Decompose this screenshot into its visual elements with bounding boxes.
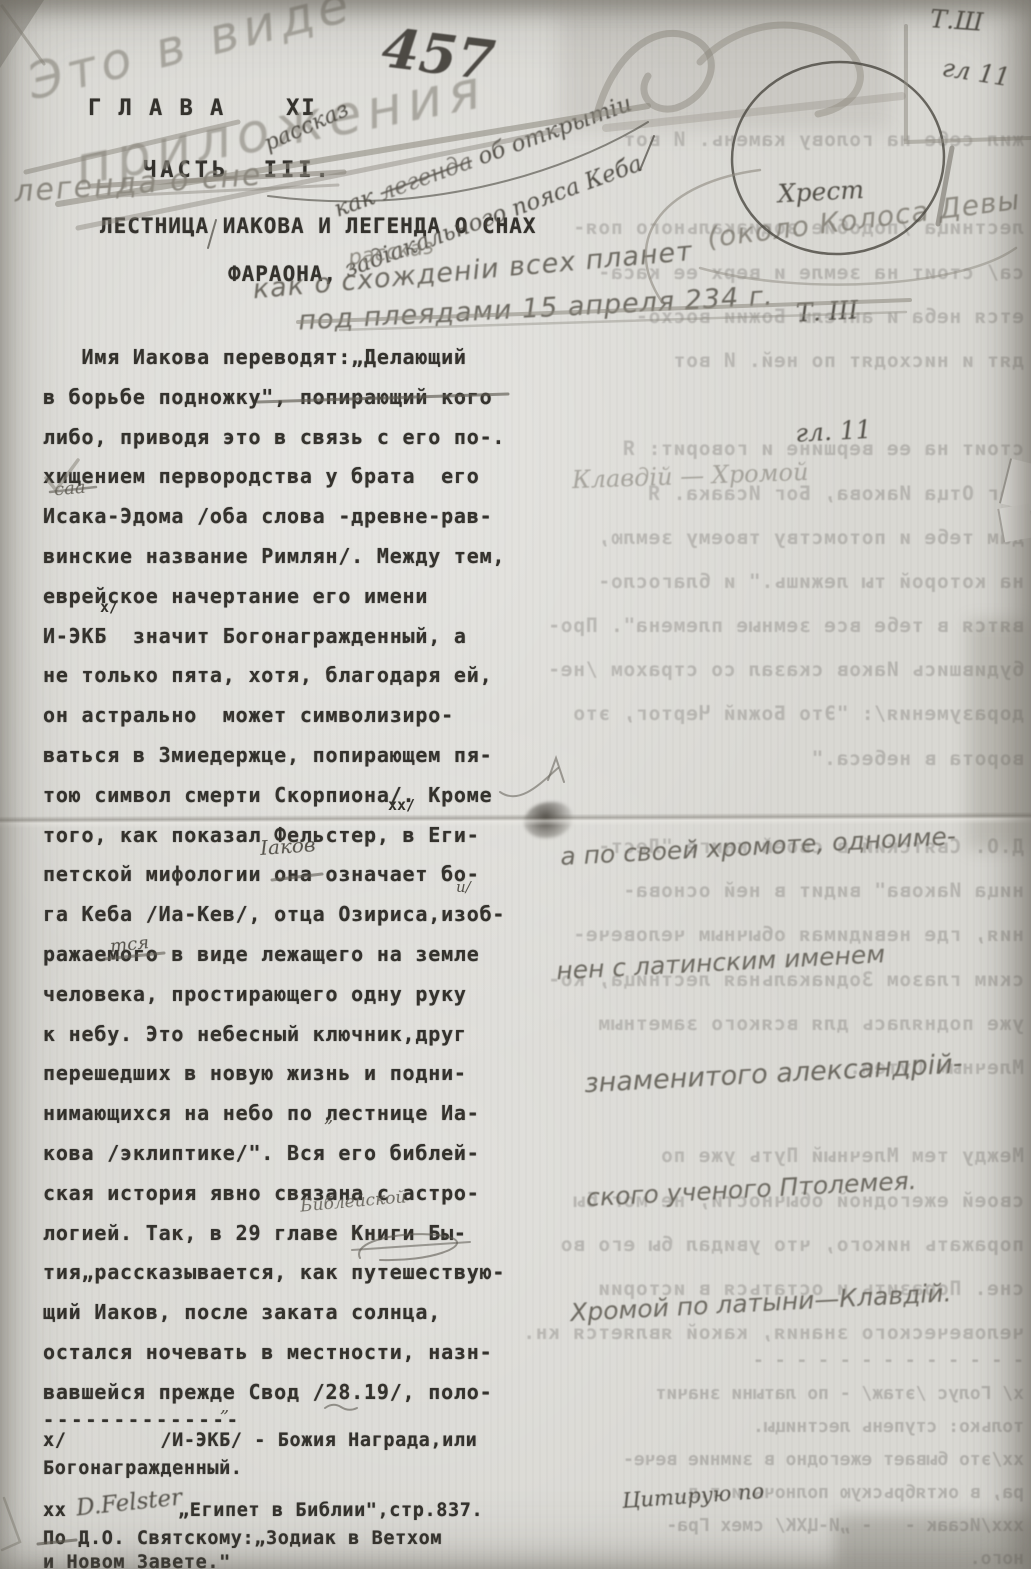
typed-line: ская история явно связана с астро- [43, 1174, 543, 1214]
footnote-1b: Богонагражденный. [43, 1458, 243, 1479]
interlinear-quote2: „ [220, 1396, 229, 1417]
corner-reference-volume: Т.Ш [929, 4, 984, 37]
typed-line: вавшейся прежде Свод /28.19/, поло- [43, 1373, 543, 1413]
typed-line: остался ночевать в местности, назн- [43, 1333, 543, 1373]
bleedthrough-line: на которой ты лежишь." и благосло- [492, 560, 1024, 604]
footnote-mark-xx: хх/ [388, 796, 415, 814]
circle-note-line: гл. 11 [789, 410, 877, 454]
footnote-2-text: „Египет в Библии",стр.837. [178, 1500, 483, 1521]
margin-note-line: а по своей хромоте, одноиме- [543, 814, 1024, 877]
footnote-felster-cursive: D.Felster [75, 1485, 183, 1522]
typed-line: ваться в Змиедержце, попирающем пя- [43, 736, 543, 776]
typed-line: винские название Римлян/. Между тем, [43, 537, 543, 577]
typed-line: в борьбе подножку", попирающий кого [43, 378, 543, 418]
typed-line: либо, приводя это в связь с его по-. [43, 418, 543, 458]
pencil-note-left: легенда о сне [13, 157, 263, 209]
bleedthrough-line [492, 383, 1024, 427]
bleedthrough-line: ххх/Исаак - - „И-ЦХК/ смех Гра- [492, 1509, 1024, 1542]
bleedthrough-line: доразумения/: "Это Божий Чертог, это [492, 692, 1024, 736]
ink-note-struck-word: легенда [376, 149, 476, 207]
typed-line: не только пята, хотя, благодаря ей, [43, 656, 543, 696]
typed-line: логией. Так, в 29 главе Книги Бы- [43, 1214, 543, 1254]
footnote-2-prefix: хх [43, 1500, 66, 1521]
typed-line: тия„рассказывается, как путешествую- [43, 1253, 543, 1293]
footnote-mark-x: х/ [100, 598, 118, 616]
typed-line: И-ЭКБ значит Богонагражденный, а [43, 617, 543, 657]
margin-note-line: знаменитого александрій- [555, 1041, 1031, 1104]
typed-line: Имя Иакова переводят:„Делающий [43, 338, 543, 378]
ink-note-prefix: как [331, 182, 385, 223]
corner-pencil-mark [2, 1498, 20, 1550]
typed-line: Исака-Эдома /оба слова -древне-рав- [43, 497, 543, 537]
bleedthrough-line: хх/это бывает ежегодно в зимние вече- [492, 1443, 1024, 1476]
footnote-separator: -------------- [43, 1410, 241, 1431]
interlinear-saa: саа [53, 477, 86, 501]
margin-note-line: нен с латинским именем [549, 928, 1030, 991]
bleedthrough-line: вятся в тебе все земные племена". Про- [492, 604, 1024, 648]
margin-note-line: ского ученого Птолемея. [561, 1155, 1031, 1218]
interlinear-iakov: Іаков [259, 832, 316, 860]
footnote-2b: По Д.О. Святскому:„Зодиак в Ветхом [43, 1528, 442, 1549]
margin-note-line: Хромой по латыни—Клавдій. [567, 1269, 1031, 1332]
typed-body: Имя Иакова переводят:„Делающий в борьбе … [43, 338, 543, 1413]
corner-reference-chapter: гл 11 [940, 53, 1012, 92]
typed-line: человека, простирающего одну руку [43, 975, 543, 1015]
ptolemy-margin-note: а по своей хромоте, одноиме- нен с латин… [539, 738, 1031, 1408]
typed-line: перешедших в новую жизнь и подни- [43, 1054, 543, 1094]
typed-line: нимающихся на небо по лестнице Иа- [43, 1094, 543, 1134]
typed-line: хищением первородства у брата его [43, 457, 543, 497]
interlinear-tsya: тся [109, 932, 150, 957]
circle-note-line: Т. III [783, 290, 871, 334]
footnote-2c: и Новом Завете." [43, 1552, 231, 1569]
bleedthrough-line: будившись Иаков сказал со страхом /не- [492, 648, 1024, 692]
typed-line: к небу. Это небесный ключник,друг [43, 1015, 543, 1055]
typed-line: га Кеба /Иа-Кев/, отца Озириса,изоб- [43, 895, 543, 935]
interlinear-i-mark: и/ [456, 878, 471, 896]
typed-line: кова /эклиптике/". Вся его библей- [43, 1134, 543, 1174]
interlinear-quote1: „ [324, 1106, 333, 1127]
bleedthrough-line: дят и нисходят по ней. И вот [492, 339, 1024, 383]
bleedthrough-line: ного. [492, 1542, 1024, 1569]
footnote-1: х/ /И-ЭКБ/ - Божия Награда,или [43, 1430, 477, 1451]
bleedthrough-line: только: ступень лестницы. [492, 1410, 1024, 1443]
typed-line: щий Иаков, после заката солнца, [43, 1293, 543, 1333]
typed-line: тою символ смерти Скорпиона/. Кроме [43, 776, 543, 816]
bleedthrough-line: дам тебе и потомству твоему землю, [492, 516, 1024, 560]
manuscript-page: жил себе на голову камень. И вот лестниц… [0, 0, 1031, 1569]
typed-line: он астрально может символизиро- [43, 696, 543, 736]
